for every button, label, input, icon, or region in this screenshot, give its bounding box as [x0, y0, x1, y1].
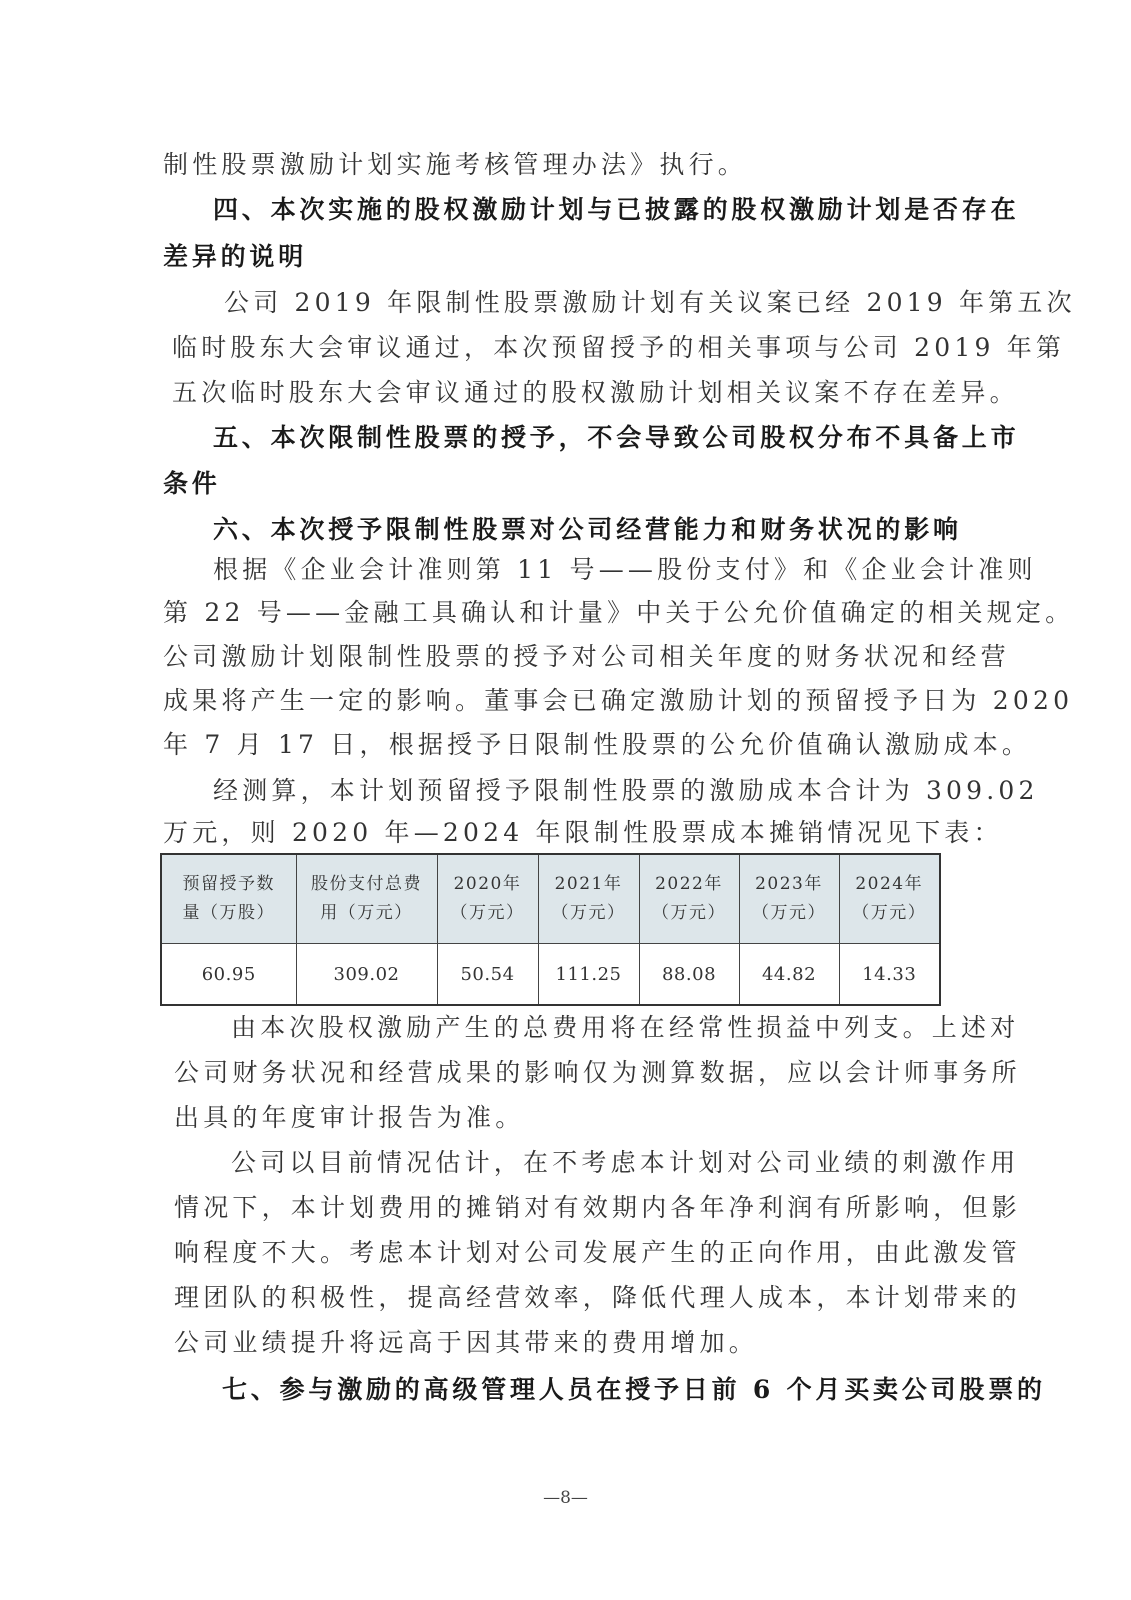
paragraph-line: 情况下，本计划费用的摊销对有效期内各年净利润有所影响，但影	[174, 1193, 954, 1223]
paragraph-line: 公司财务状况和经营成果的影响仅为测算数据，应以会计师事务所	[174, 1058, 954, 1088]
paragraph-line: 公司激励计划限制性股票的授予对公司相关年度的财务状况和经营	[163, 642, 943, 672]
cell-2022: 88.08	[639, 944, 739, 1006]
paragraph-line: 响程度不大。考虑本计划对公司发展产生的正向作用，由此激发管	[174, 1238, 954, 1268]
paragraph-line: 经测算，本计划预留授予限制性股票的激励成本合计为 309.02	[213, 776, 993, 806]
cell-total-cost: 309.02	[296, 944, 437, 1006]
paragraph-line: 制性股票激励计划实施考核管理办法》执行。	[163, 150, 943, 180]
header-reserved-grant-quantity: 预留授予数量（万股）	[161, 854, 296, 944]
header-2024: 2024年（万元）	[839, 854, 940, 944]
paragraph-line: 公司业绩提升将远高于因其带来的费用增加。	[174, 1328, 954, 1358]
cell-2021: 111.25	[538, 944, 639, 1006]
document-page: 制性股票激励计划实施考核管理办法》执行。 四、本次实施的股权激励计划与已披露的股…	[0, 0, 1131, 1600]
table-header-row: 预留授予数量（万股） 股份支付总费用（万元） 2020年（万元） 2021年（万…	[161, 854, 940, 944]
cost-amortization-table: 预留授予数量（万股） 股份支付总费用（万元） 2020年（万元） 2021年（万…	[160, 853, 941, 1006]
paragraph-line: 出具的年度审计报告为准。	[174, 1103, 954, 1133]
header-2020: 2020年（万元）	[437, 854, 538, 944]
cell-reserved-grant-quantity: 60.95	[161, 944, 296, 1006]
section-heading-6: 六、本次授予限制性股票对公司经营能力和财务状况的影响	[213, 515, 993, 545]
paragraph-line: 公司以目前情况估计，在不考虑本计划对公司业绩的刺激作用	[231, 1148, 1011, 1178]
section-heading-5-cont: 条件	[163, 469, 943, 499]
paragraph-line: 根据《企业会计准则第 11 号——股份支付》和《企业会计准则	[213, 555, 993, 585]
header-2023: 2023年（万元）	[739, 854, 839, 944]
header-2021: 2021年（万元）	[538, 854, 639, 944]
cell-2024: 14.33	[839, 944, 940, 1006]
paragraph-line: 五次临时股东大会审议通过的股权激励计划相关议案不存在差异。	[172, 378, 952, 408]
paragraph-line: 公司 2019 年限制性股票激励计划有关议案已经 2019 年第五次	[224, 288, 1004, 318]
table-row: 60.95 309.02 50.54 111.25 88.08 44.82 14…	[161, 944, 940, 1006]
paragraph-line: 年 7 月 17 日，根据授予日限制性股票的公允价值确认激励成本。	[163, 730, 943, 760]
paragraph-line: 成果将产生一定的影响。董事会已确定激励计划的预留授予日为 2020	[163, 686, 943, 716]
header-total-share-payment-cost: 股份支付总费用（万元）	[296, 854, 437, 944]
section-heading-4: 四、本次实施的股权激励计划与已披露的股权激励计划是否存在	[213, 195, 993, 225]
section-heading-4-cont: 差异的说明	[163, 242, 943, 272]
cell-2020: 50.54	[437, 944, 538, 1006]
section-heading-5: 五、本次限制性股票的授予，不会导致公司股权分布不具备上市	[213, 423, 993, 453]
section-heading-7: 七、参与激励的高级管理人员在授予日前 6 个月买卖公司股票的	[222, 1375, 1002, 1405]
paragraph-line: 由本次股权激励产生的总费用将在经常性损益中列支。上述对	[231, 1013, 1011, 1043]
paragraph-line: 理团队的积极性，提高经营效率，降低代理人成本，本计划带来的	[174, 1283, 954, 1313]
page-number: —8—	[0, 1488, 1131, 1508]
paragraph-line: 第 22 号——金融工具确认和计量》中关于公允价值确定的相关规定。	[163, 598, 943, 628]
paragraph-line: 临时股东大会审议通过，本次预留授予的相关事项与公司 2019 年第	[172, 333, 952, 363]
paragraph-line: 万元，则 2020 年—2024 年限制性股票成本摊销情况见下表：	[163, 818, 943, 848]
header-2022: 2022年（万元）	[639, 854, 739, 944]
cell-2023: 44.82	[739, 944, 839, 1006]
